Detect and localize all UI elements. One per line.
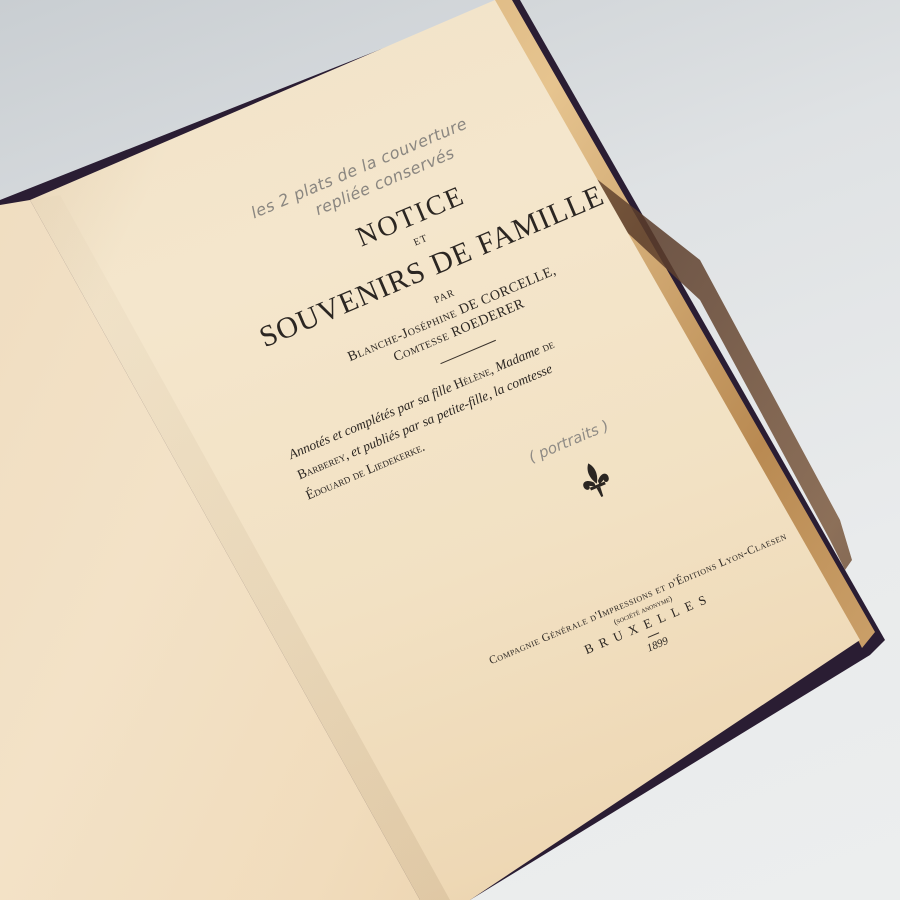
publisher-type: (société anonyme) [425,514,861,706]
publication-city: BRUXELLES [429,524,868,722]
book-photo-scene: les 2 plats de la couverture repliée con… [0,0,900,900]
publication-year: 1899 [439,547,876,742]
publisher-name: Compagnie Générale d'Impressions et d'Éd… [419,501,856,696]
fleur-de-lis-icon [572,455,619,505]
publisher-imprint: Compagnie Générale d'Impressions et d'Éd… [419,501,876,742]
notes-de: de [539,336,556,354]
